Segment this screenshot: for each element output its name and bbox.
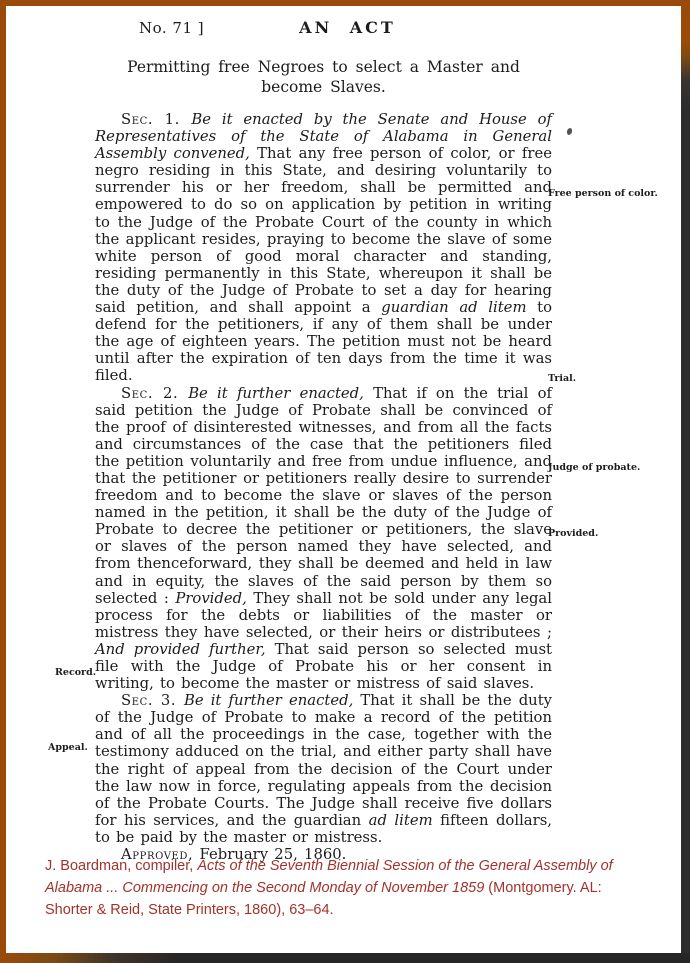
frame-border-bottom bbox=[0, 953, 690, 963]
section-2-paragraph: Sec. 2. Be it further enacted, That if o… bbox=[95, 385, 552, 693]
act-title: Permitting free Negroes to select a Mast… bbox=[95, 57, 552, 97]
text-run: That if on the trial of said petition th… bbox=[95, 385, 552, 607]
margin-note-judge-of-probate: Judge of probate. bbox=[548, 462, 674, 474]
text-run: Sec. 3. bbox=[121, 692, 184, 709]
scanned-act-column: No. 71 ] AN ACT Permitting free Negroes … bbox=[95, 16, 552, 863]
margin-note-record: Record. bbox=[55, 667, 125, 679]
document-page: No. 71 ] AN ACT Permitting free Negroes … bbox=[0, 0, 690, 963]
text-run: Sec. 1. bbox=[121, 111, 191, 128]
text-run: guardian ad litem bbox=[381, 299, 526, 316]
frame-border-right bbox=[681, 0, 690, 963]
margin-note-appeal: Appeal. bbox=[48, 742, 118, 754]
act-header: No. 71 ] AN ACT bbox=[95, 16, 552, 42]
text-run: Sec. 2. bbox=[121, 385, 188, 402]
section-1-paragraph: Sec. 1. Be it enacted by the Senate and … bbox=[95, 111, 552, 385]
margin-note-provided: Provided. bbox=[548, 528, 674, 540]
margin-note-free-person-of-color: Free person of color. bbox=[548, 188, 674, 200]
ink-speck bbox=[566, 127, 573, 135]
text-run: And provided further, bbox=[95, 641, 266, 658]
text-run: ad litem bbox=[369, 812, 433, 829]
act-body: Sec. 1. Be it enacted by the Senate and … bbox=[95, 111, 552, 863]
frame-border-top bbox=[0, 0, 690, 6]
act-heading: AN ACT bbox=[95, 18, 600, 37]
text-run: That any free person of color, or free n… bbox=[95, 145, 552, 316]
text-run: Be it further enacted, bbox=[188, 385, 364, 402]
source-citation: J. Boardman, compiler, Acts of the Seven… bbox=[45, 856, 645, 921]
text-run: Provided, bbox=[175, 590, 246, 607]
margin-note-trial: Trial. bbox=[548, 373, 674, 385]
text-run: That it shall be the duty of the Judge o… bbox=[95, 692, 552, 829]
text-run: J. Boardman, compiler, bbox=[45, 858, 197, 874]
frame-border-left bbox=[0, 0, 6, 963]
text-run: Be it further enacted, bbox=[184, 692, 353, 709]
section-3-paragraph: Sec. 3. Be it further enacted, That it s… bbox=[95, 692, 552, 846]
